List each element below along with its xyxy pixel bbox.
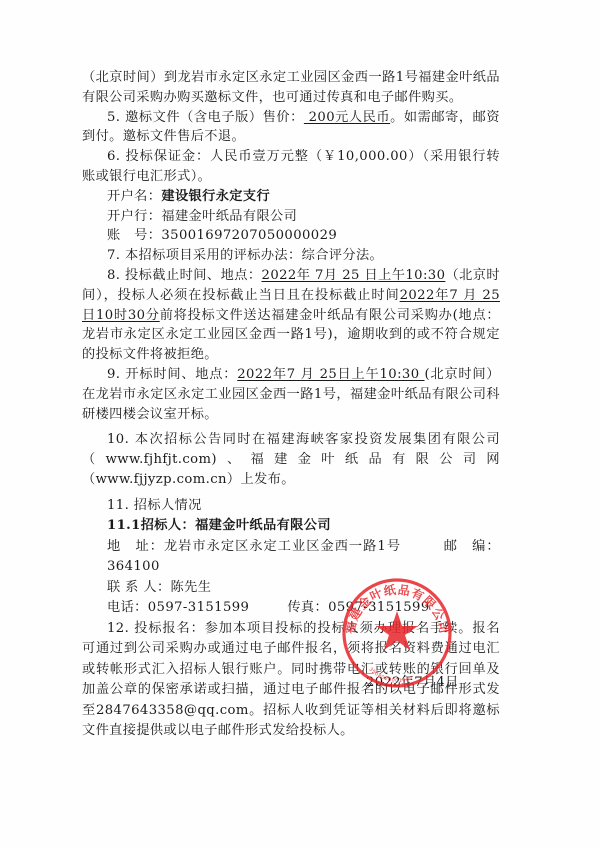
- postcode-value: 364100: [107, 559, 160, 574]
- paragraph-7-evaluation: 7. 本招标项目采用的评标办法：综合评分法。: [82, 246, 500, 266]
- p5-prefix: 5. 邀标文件（含电子版）售价：: [107, 110, 304, 125]
- contact-line: 联 系 人：陈先生: [82, 578, 500, 599]
- p8-prefix: 8. 投标截止时间、地点：: [107, 268, 262, 283]
- contact-label: 联 系 人：: [107, 580, 171, 595]
- phone-value: 0597-3151599: [148, 600, 250, 615]
- account-no-label: 账 号：: [107, 228, 161, 243]
- phone-fax-line: 电话：0597-3151599传真：0597-3151599: [82, 598, 500, 619]
- document-date: 2022年7月4日: [366, 671, 459, 690]
- address-label: 地 址：: [107, 539, 164, 554]
- account-no-value: 35001697207050000029: [161, 228, 337, 243]
- paragraph-6-deposit: 6. 投标保证金：人民币壹万元整（￥10,000.00）（采用银行转账或银行电汇…: [82, 147, 500, 187]
- bank-account-name: 开户名：建设银行永定支行: [82, 187, 500, 207]
- document-body: （北京时间）到龙岩市永定区永定工业园区金西一路1号福建金叶纸品有限公司采购办购买…: [82, 68, 500, 742]
- paragraph-11-1-tenderer: 11.1招标人：福建金叶纸品有限公司: [82, 516, 500, 537]
- paragraph-5-price: 5. 邀标文件（含电子版）售价： 200元人民币。如需邮寄，邮资到付。邀标文件售…: [82, 108, 500, 148]
- address-value: 龙岩市永定区永定工业区金西一路1号: [164, 539, 401, 554]
- account-name-label: 开户名：: [107, 189, 161, 204]
- phone-label: 电话：: [107, 600, 148, 615]
- postcode-label: 邮 编：: [443, 539, 500, 554]
- bank-label: 开户行：: [107, 209, 161, 224]
- p9-prefix: 9. 开标时间、地点：: [107, 367, 237, 382]
- paragraph-10-publication: 10. 本次招标公告同时在福建海峡客家投资发展集团有限公司（www.fjhfjt…: [82, 430, 500, 489]
- bank-account-number: 账 号：35001697207050000029: [82, 226, 500, 246]
- bank-name: 开户行：福建金叶纸品有限公司: [82, 207, 500, 227]
- bank-value: 福建金叶纸品有限公司: [161, 209, 297, 224]
- paragraph-9-opening: 9. 开标时间、地点：2022年7 月 25日上午10:30 (北京时间）在龙岩…: [82, 365, 500, 424]
- address-line: 地 址：龙岩市永定区永定工业区金西一路1号邮 编：364100: [82, 537, 500, 578]
- paragraph-4-continuation: （北京时间）到龙岩市永定区永定工业园区金西一路1号福建金叶纸品有限公司采购办购买…: [82, 68, 500, 108]
- paragraph-8-deadline: 8. 投标截止时间、地点：2022年 7月 25 日上午10:30（北京时间），…: [82, 266, 500, 365]
- p5-price: 200元人民币: [304, 110, 390, 125]
- fax-label: 传真：: [287, 600, 328, 615]
- paragraph-11-heading: 11. 招标人情况: [82, 496, 500, 517]
- p9-opening-time: 2022年7 月 25日上午10:30: [237, 367, 424, 382]
- section-11: 11. 招标人情况 11.1招标人：福建金叶纸品有限公司 地 址：龙岩市永定区永…: [82, 496, 500, 742]
- contact-value: 陈先生: [171, 580, 212, 595]
- document-page: （北京时间）到龙岩市永定区永定工业园区金西一路1号福建金叶纸品有限公司采购办购买…: [0, 0, 600, 848]
- p8-deadline-time: 2022年 7月 25 日上午10:30: [262, 268, 446, 283]
- account-name-value: 建设银行永定支行: [161, 189, 270, 204]
- fax-value: 0597-3151599: [328, 600, 430, 615]
